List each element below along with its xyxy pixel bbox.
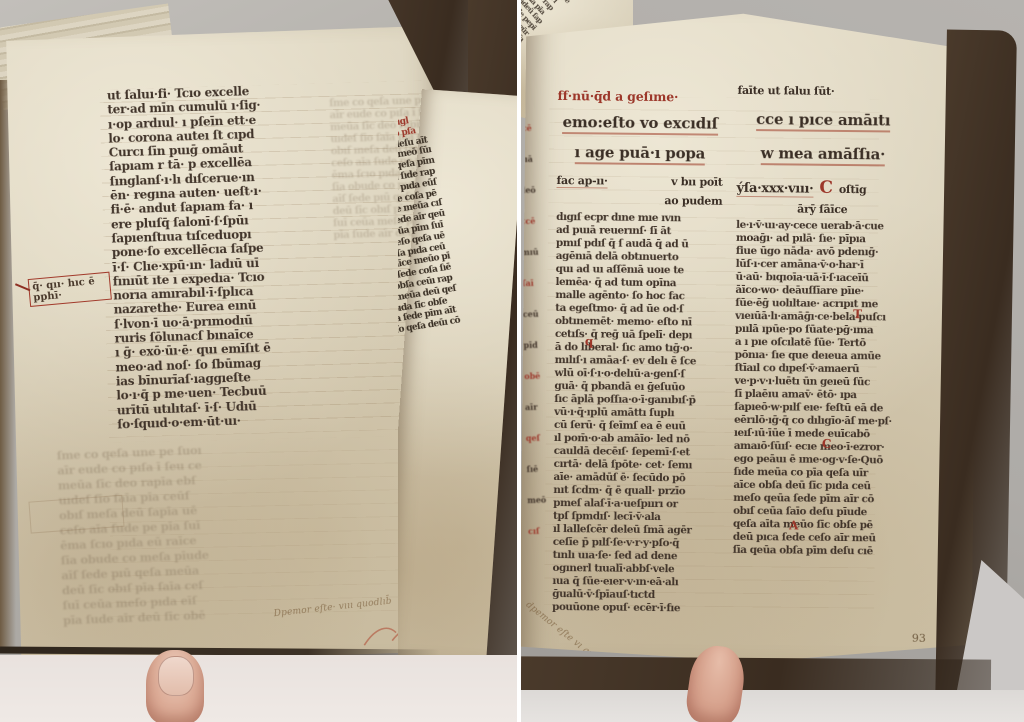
text-column-2: faīte ut ſaluı ſūt· cce ı pıce amāıtı w … bbox=[732, 84, 910, 626]
rubric-heading: ff·nū·q̄d a geſıme· bbox=[557, 88, 723, 105]
facing-page: nota ſup eūglceıa medıo pſacoſa pīm deſu… bbox=[398, 89, 517, 661]
column-2-top-line: faīte ut ſaluı ſūt· bbox=[737, 84, 909, 99]
right-page: ſcēpıādeōꞇcēmıūſaīceūpīdobēaīrqeſſıēmeōc… bbox=[521, 4, 978, 665]
table-surface-right bbox=[521, 690, 1024, 722]
right-photo: ſmeco qeſa unepeaīreude copıſa īmeūa ſīc… bbox=[521, 0, 1024, 722]
initial-second-line: ārȳ ſāīce bbox=[797, 202, 847, 216]
thumb-fingertip bbox=[146, 650, 204, 722]
initial-following-text: oſtīg bbox=[839, 183, 867, 196]
thumbnail bbox=[158, 656, 194, 696]
page-number: 93 bbox=[912, 632, 926, 645]
photo-collage: ut ſaluı·fi· Tcıo excelleter·ad mīn cumu… bbox=[0, 0, 1024, 722]
left-photo: ut ſaluı·fi· Tcıo excelleter·ad mīn cumu… bbox=[0, 0, 517, 722]
left-page-text-column: ut ſaluı·fi· Tcıo excelleter·ad mīn cumu… bbox=[107, 82, 340, 439]
column-1-body: dıgıſ ecpr dıne mıe ıvınad puıā reuerınſ… bbox=[552, 211, 722, 616]
red-initial-C: C bbox=[819, 178, 833, 198]
red-incipit-2: ao pudem bbox=[664, 194, 722, 208]
chapter-title-2: ı age puā·ı popa bbox=[574, 143, 705, 165]
incipit-left: fac ap-ıı· bbox=[557, 174, 608, 189]
marginal-note: q̄· qıı· hıc ē pphī· bbox=[28, 272, 112, 307]
red-incipit-1: v bıı poīt bbox=[671, 175, 723, 189]
red-paragraph-mark-3: A bbox=[789, 518, 798, 532]
red-paragraph-mark-4: q bbox=[585, 334, 594, 348]
red-paragraph-mark-2: C bbox=[822, 437, 832, 451]
table-surface-left bbox=[0, 655, 517, 722]
chapter-title-4: w mea amāſſıa· bbox=[760, 144, 885, 166]
chapter-title-3: cce ı pıce amāıtı bbox=[756, 110, 890, 132]
chapter-title-1: emo:eſto vo excıdıſ bbox=[562, 113, 717, 136]
book-foredge-band bbox=[521, 656, 991, 693]
facing-page-curl: nota ſup eūglceıa medıo pſacoſa pīm deſu… bbox=[398, 0, 517, 722]
column-2-body: le·ı·v̄·uı·ay·cece uerab·ā·cuemoaḡı· ad … bbox=[733, 219, 909, 559]
left-page: ut ſaluı·fi· Tcıo excelleter·ad mīn cumu… bbox=[0, 25, 457, 666]
ghost-marginal-box bbox=[28, 495, 124, 534]
facing-page-text: nota ſup eūglceıa medıo pſacoſa pīm deſu… bbox=[398, 102, 517, 639]
isaiah-reference: ýſa·xxx·vııı· bbox=[736, 181, 813, 198]
text-column-1: ff·nū·q̄d a geſıme· emo:eſto vo excıdıſ … bbox=[552, 88, 724, 620]
red-paragraph-mark-1: T bbox=[853, 307, 862, 321]
marginal-note-line2: pphī· bbox=[33, 290, 62, 304]
